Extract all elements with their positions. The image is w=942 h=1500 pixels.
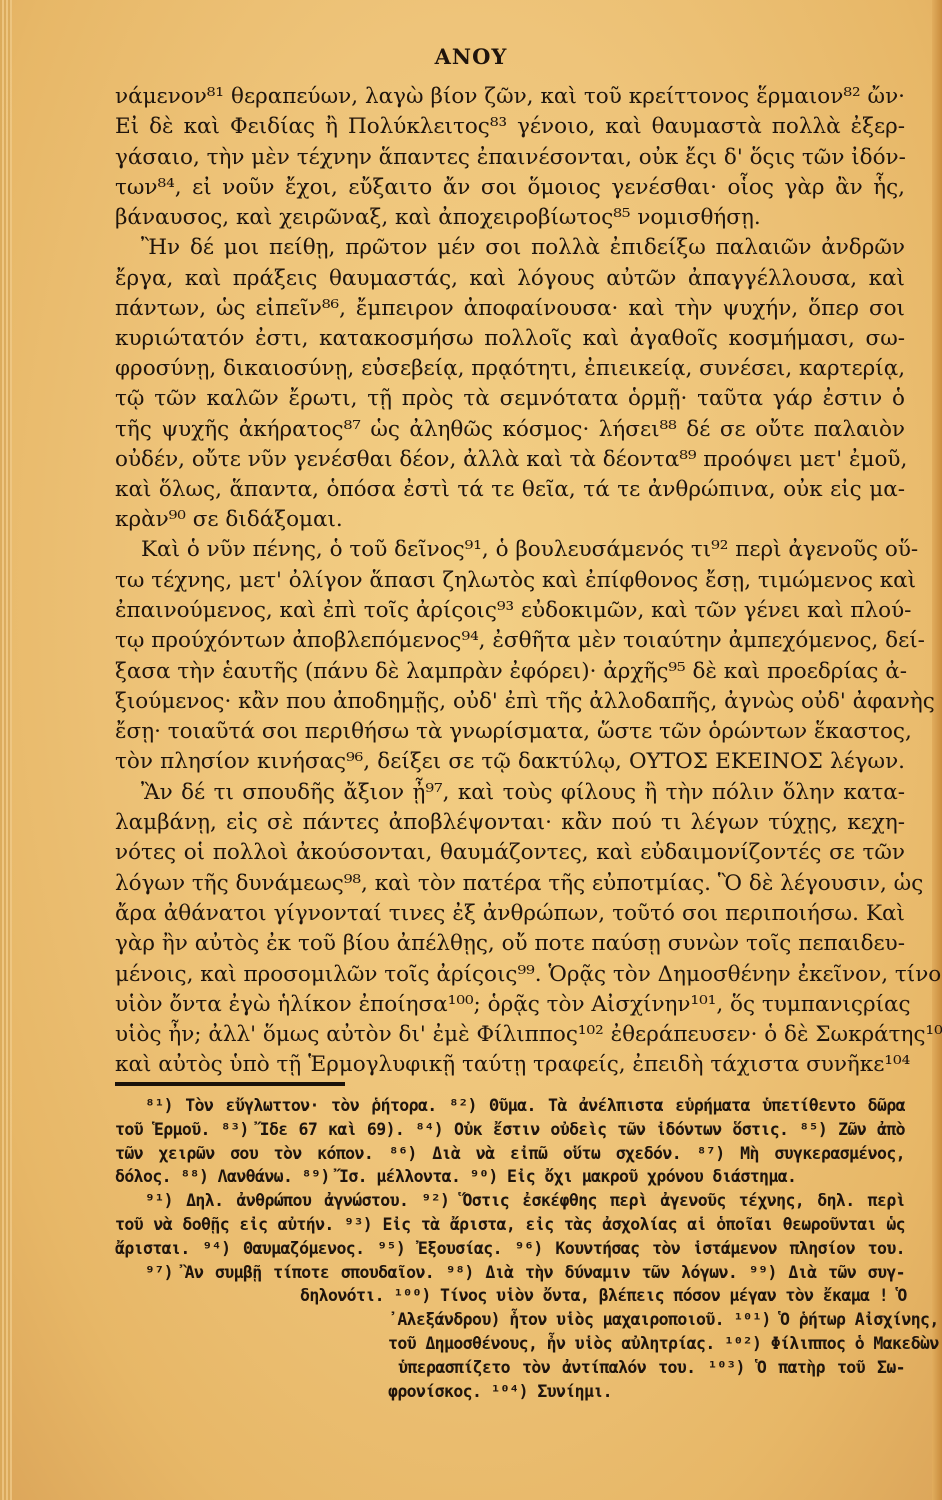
text-line: τὸν πλησίον κινήσας⁹⁶, δείξει σε τῷ δακτ… (115, 747, 905, 777)
text-line: Ἂν δέ τι σπουδῆς ἄξιον ᾖ⁹⁷, καὶ τοὺς φίλ… (115, 778, 905, 808)
text-line: λόγων τῆς δυνάμεως⁹⁸, καὶ τὸν πατέρα τῆς… (115, 869, 905, 899)
text-line: τῆς ψυχῆς ἀκήρατος⁸⁷ ὡς ἀληθῶς κόσμος· λ… (115, 415, 905, 445)
text-line: μένοις, καὶ προσομιλῶν τοῖς ἀρίςοις⁹⁹. Ὁ… (115, 960, 905, 990)
text-line: κρὰν⁹⁰ σε διδάξομαι. (115, 505, 905, 535)
paragraph-3: Καὶ ὁ νῦν πένης, ὁ τοῦ δεῖνος⁹¹, ὁ βουλε… (115, 535, 905, 777)
page-spine-edge (0, 0, 12, 1500)
page-right-edge (932, 0, 942, 1500)
footnotes: ⁸¹) Τὸν εὔγλωττον· τὸν ῥήτορα. ⁸²) Θῦμα.… (115, 1094, 905, 1403)
footnote-line: ᾿Αλεξάνδρου) ἦτον υἱὸς μαχαιροποιοῦ. ¹⁰¹… (115, 1308, 905, 1332)
text-line: καὶ αὐτὸς ὑπὸ τῇ Ἑρμογλυφικῇ ταύτῃ τραφε… (115, 1050, 905, 1080)
running-head: ΑΝΟΥ (0, 44, 942, 69)
text-line: νότες οἱ πολλοὶ ἀκούσονται, θαυμάζοντες,… (115, 838, 905, 868)
text-line: καὶ ὅλως, ἅπαντα, ὁπόσα ἐστὶ τά τε θεῖα,… (115, 475, 905, 505)
main-text: νάμενον⁸¹ θεραπεύων, λαγὼ βίον ζῶν, καὶ … (115, 82, 905, 1081)
text-line: ἔσῃ· τοιαῦτά σοι περιθήσω τὰ γνωρίσματα,… (115, 717, 905, 747)
text-line: φροσύνῃ, δικαιοσύνῃ, εὐσεβείᾳ, πρᾳότητι,… (115, 354, 905, 384)
text-line: ξασα τὴν ἑαυτῆς (πάνυ δὲ λαμπρὰν ἐφόρει)… (115, 657, 905, 687)
footnote-line: ⁹⁷) Ἂν συμβῇ τίποτε σπουδαῖον. ⁹⁸) Διὰ τ… (115, 1261, 905, 1285)
text-line: νάμενον⁸¹ θεραπεύων, λαγὼ βίον ζῶν, καὶ … (115, 82, 905, 112)
text-line: οὐδέν, οὔτε νῦν γενέσθαι δέον, ἀλλὰ καὶ … (115, 445, 905, 475)
footnote-rule (115, 1082, 345, 1086)
text-line: τῳ προύχόντων ἀποβλεπόμενος⁹⁴, ἐσθῆτα μὲ… (115, 626, 905, 656)
text-line: γάσαιο, τὴν μὲν τέχνην ἅπαντες ἐπαινέσον… (115, 143, 905, 173)
paragraph-1: νάμενον⁸¹ θεραπεύων, λαγὼ βίον ζῶν, καὶ … (115, 82, 905, 233)
text-line: Εἰ δὲ καὶ Φειδίας ἢ Πολύκλειτος⁸³ γένοιο… (115, 112, 905, 142)
footnote-line: ἄρισται. ⁹⁴) Θαυμαζόμενος. ⁹⁵) Ἐξουσίας.… (115, 1237, 905, 1261)
text-line: λαμβάνῃ, εἰς σὲ πάντες ἀποβλέψονται· κἂν… (115, 808, 905, 838)
footnote-line: τοῦ Ἑρμοῦ. ⁸³) Ἴδε 67 καὶ 69). ⁸⁴) Οὐκ ἔ… (115, 1118, 905, 1142)
text-line: κυριώτατόν ἐστι, κατακοσμήσω πολλοῖς καὶ… (115, 324, 905, 354)
book-page: ΑΝΟΥ νάμενον⁸¹ θεραπεύων, λαγὼ βίον ζῶν,… (0, 0, 942, 1500)
text-line: γὰρ ἢν αὐτὸς ἐκ τοῦ βίου ἀπέλθῃς, οὔ ποτ… (115, 929, 905, 959)
text-line: τω τέχνης, μετ' ὀλίγον ἅπασι ζηλωτὸς καὶ… (115, 566, 905, 596)
footnote-line: φρονίσκος. ¹⁰⁴) Συνίημι. (115, 1380, 905, 1404)
text-line: Ἢν δέ μοι πείθῃ, πρῶτον μέν σοι πολλὰ ἐπ… (115, 233, 905, 263)
text-line: ἐπαινούμενος, καὶ ἐπὶ τοῖς ἀρίςοις⁹³ εὐδ… (115, 596, 905, 626)
footnote-line: ⁹¹) Δηλ. ἀνθρώπου ἀγνώστου. ⁹²) Ὅστις ἐσ… (115, 1189, 905, 1213)
text-line: υἱὸς ἦν; ἀλλ' ὅμως αὐτὸν δι' ἐμὲ Φίλιππο… (115, 1020, 905, 1050)
footnote-line: δόλος. ⁸⁸) Λανθάνω. ⁸⁹) Ἴσ. μέλλοντα. ⁹⁰… (115, 1165, 905, 1189)
footnote-line: τοῦ Δημοσθένους, ἦν υἱὸς αὐλητρίας. ¹⁰²)… (115, 1332, 905, 1356)
text-line: υἱὸν ὄντα ἐγὼ ἡλίκον ἐποίησα¹⁰⁰; ὁρᾷς τὸ… (115, 990, 905, 1020)
footnote-line: ⁸¹) Τὸν εὔγλωττον· τὸν ῥήτορα. ⁸²) Θῦμα.… (115, 1094, 905, 1118)
paragraph-2: Ἢν δέ μοι πείθῃ, πρῶτον μέν σοι πολλὰ ἐπ… (115, 233, 905, 535)
text-line: ἄρα ἀθάνατοι γίγνονταί τινες ἐξ ἀνθρώπων… (115, 899, 905, 929)
text-line: τῷ τῶν καλῶν ἔρωτι, τῇ πρὸς τὰ σεμνότατα… (115, 384, 905, 414)
footnote-line: δηλονότι. ¹⁰⁰) Τίνος υἱὸν ὄντα, βλέπεις … (115, 1284, 905, 1308)
text-line: ἔργα, καὶ πράξεις θαυμαστάς, καὶ λόγους … (115, 264, 905, 294)
text-line: πάντων, ὡς εἰπεῖν⁸⁶, ἔμπειρον ἀποφαίνουσ… (115, 294, 905, 324)
footnote-line: ὑπερασπίζετο τὸν ἀντίπαλόν του. ¹⁰³) Ὁ π… (115, 1356, 905, 1380)
footnote-line: τῶν χειρῶν σου τὸν κόπον. ⁸⁶) Διὰ νὰ εἰπ… (115, 1142, 905, 1166)
text-line: Καὶ ὁ νῦν πένης, ὁ τοῦ δεῖνος⁹¹, ὁ βουλε… (115, 535, 905, 565)
text-line: βάναυσος, καὶ χειρῶναξ, καὶ ἀποχειροβίωτ… (115, 203, 905, 233)
footnote-line: τοῦ νὰ δοθῇς εἰς αὐτήν. ⁹³) Εἰς τὰ ἄριστ… (115, 1213, 905, 1237)
text-line: ξιούμενος· κἂν που ἀποδημῇς, οὐδ' ἐπὶ τῆ… (115, 687, 905, 717)
paragraph-4: Ἂν δέ τι σπουδῆς ἄξιον ᾖ⁹⁷, καὶ τοὺς φίλ… (115, 778, 905, 1081)
text-line: των⁸⁴, εἰ νοῦν ἔχοι, εὔξαιτο ἄν σοι ὅμοι… (115, 173, 905, 203)
